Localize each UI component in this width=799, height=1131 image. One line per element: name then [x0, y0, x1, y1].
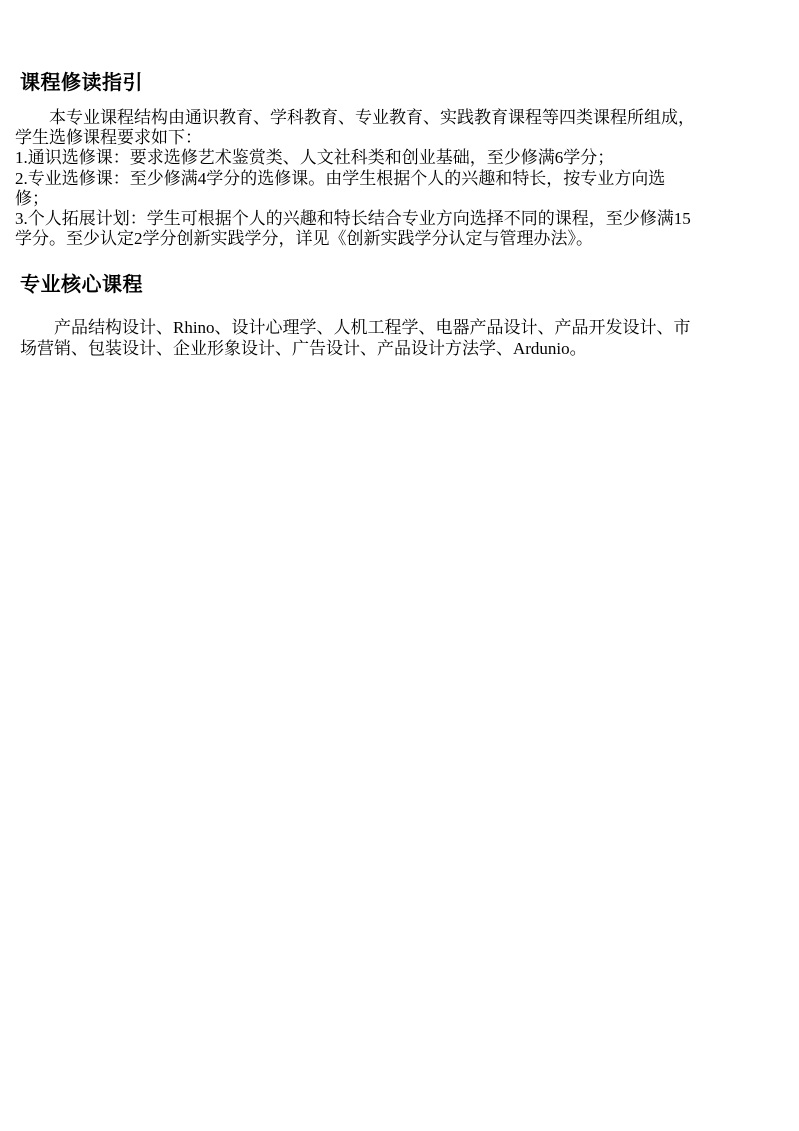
- text-line: 修；: [15, 189, 695, 209]
- text-line: 本专业课程结构由通识教育、学科教育、专业教育、实践教育课程等四类课程所组成，: [15, 108, 695, 128]
- course-study-guide-paragraph: 本专业课程结构由通识教育、学科教育、专业教育、实践教育课程等四类课程所组成，学生…: [15, 108, 695, 249]
- core-courses-paragraph: 产品结构设计、Rhino、设计心理学、人机工程学、电器产品设计、产品开发设计、市…: [20, 317, 691, 359]
- text-line: 2.专业选修课：至少修满4学分的选修课。由学生根据个人的兴趣和特长，按专业方向选: [15, 169, 695, 189]
- text-line: 学分。至少认定2学分创新实践学分，详见《创新实践学分认定与管理办法》。: [15, 229, 695, 249]
- document-page: 课程修读指引 本专业课程结构由通识教育、学科教育、专业教育、实践教育课程等四类课…: [0, 0, 799, 1131]
- section-heading-core-courses: 专业核心课程: [20, 274, 143, 297]
- text-line: 3.个人拓展计划：学生可根据个人的兴趣和特长结合专业方向选择不同的课程，至少修满…: [15, 209, 695, 229]
- section-heading-course-study-guide: 课程修读指引: [20, 72, 143, 95]
- text-line: 学生选修课程要求如下：: [15, 128, 695, 148]
- text-line: 场营销、包装设计、企业形象设计、广告设计、产品设计方法学、Ardunio。: [20, 338, 691, 359]
- text-line: 1.通识选修课：要求选修艺术鉴赏类、人文社科类和创业基础，至少修满6学分；: [15, 148, 695, 168]
- text-line: 产品结构设计、Rhino、设计心理学、人机工程学、电器产品设计、产品开发设计、市: [20, 317, 691, 338]
